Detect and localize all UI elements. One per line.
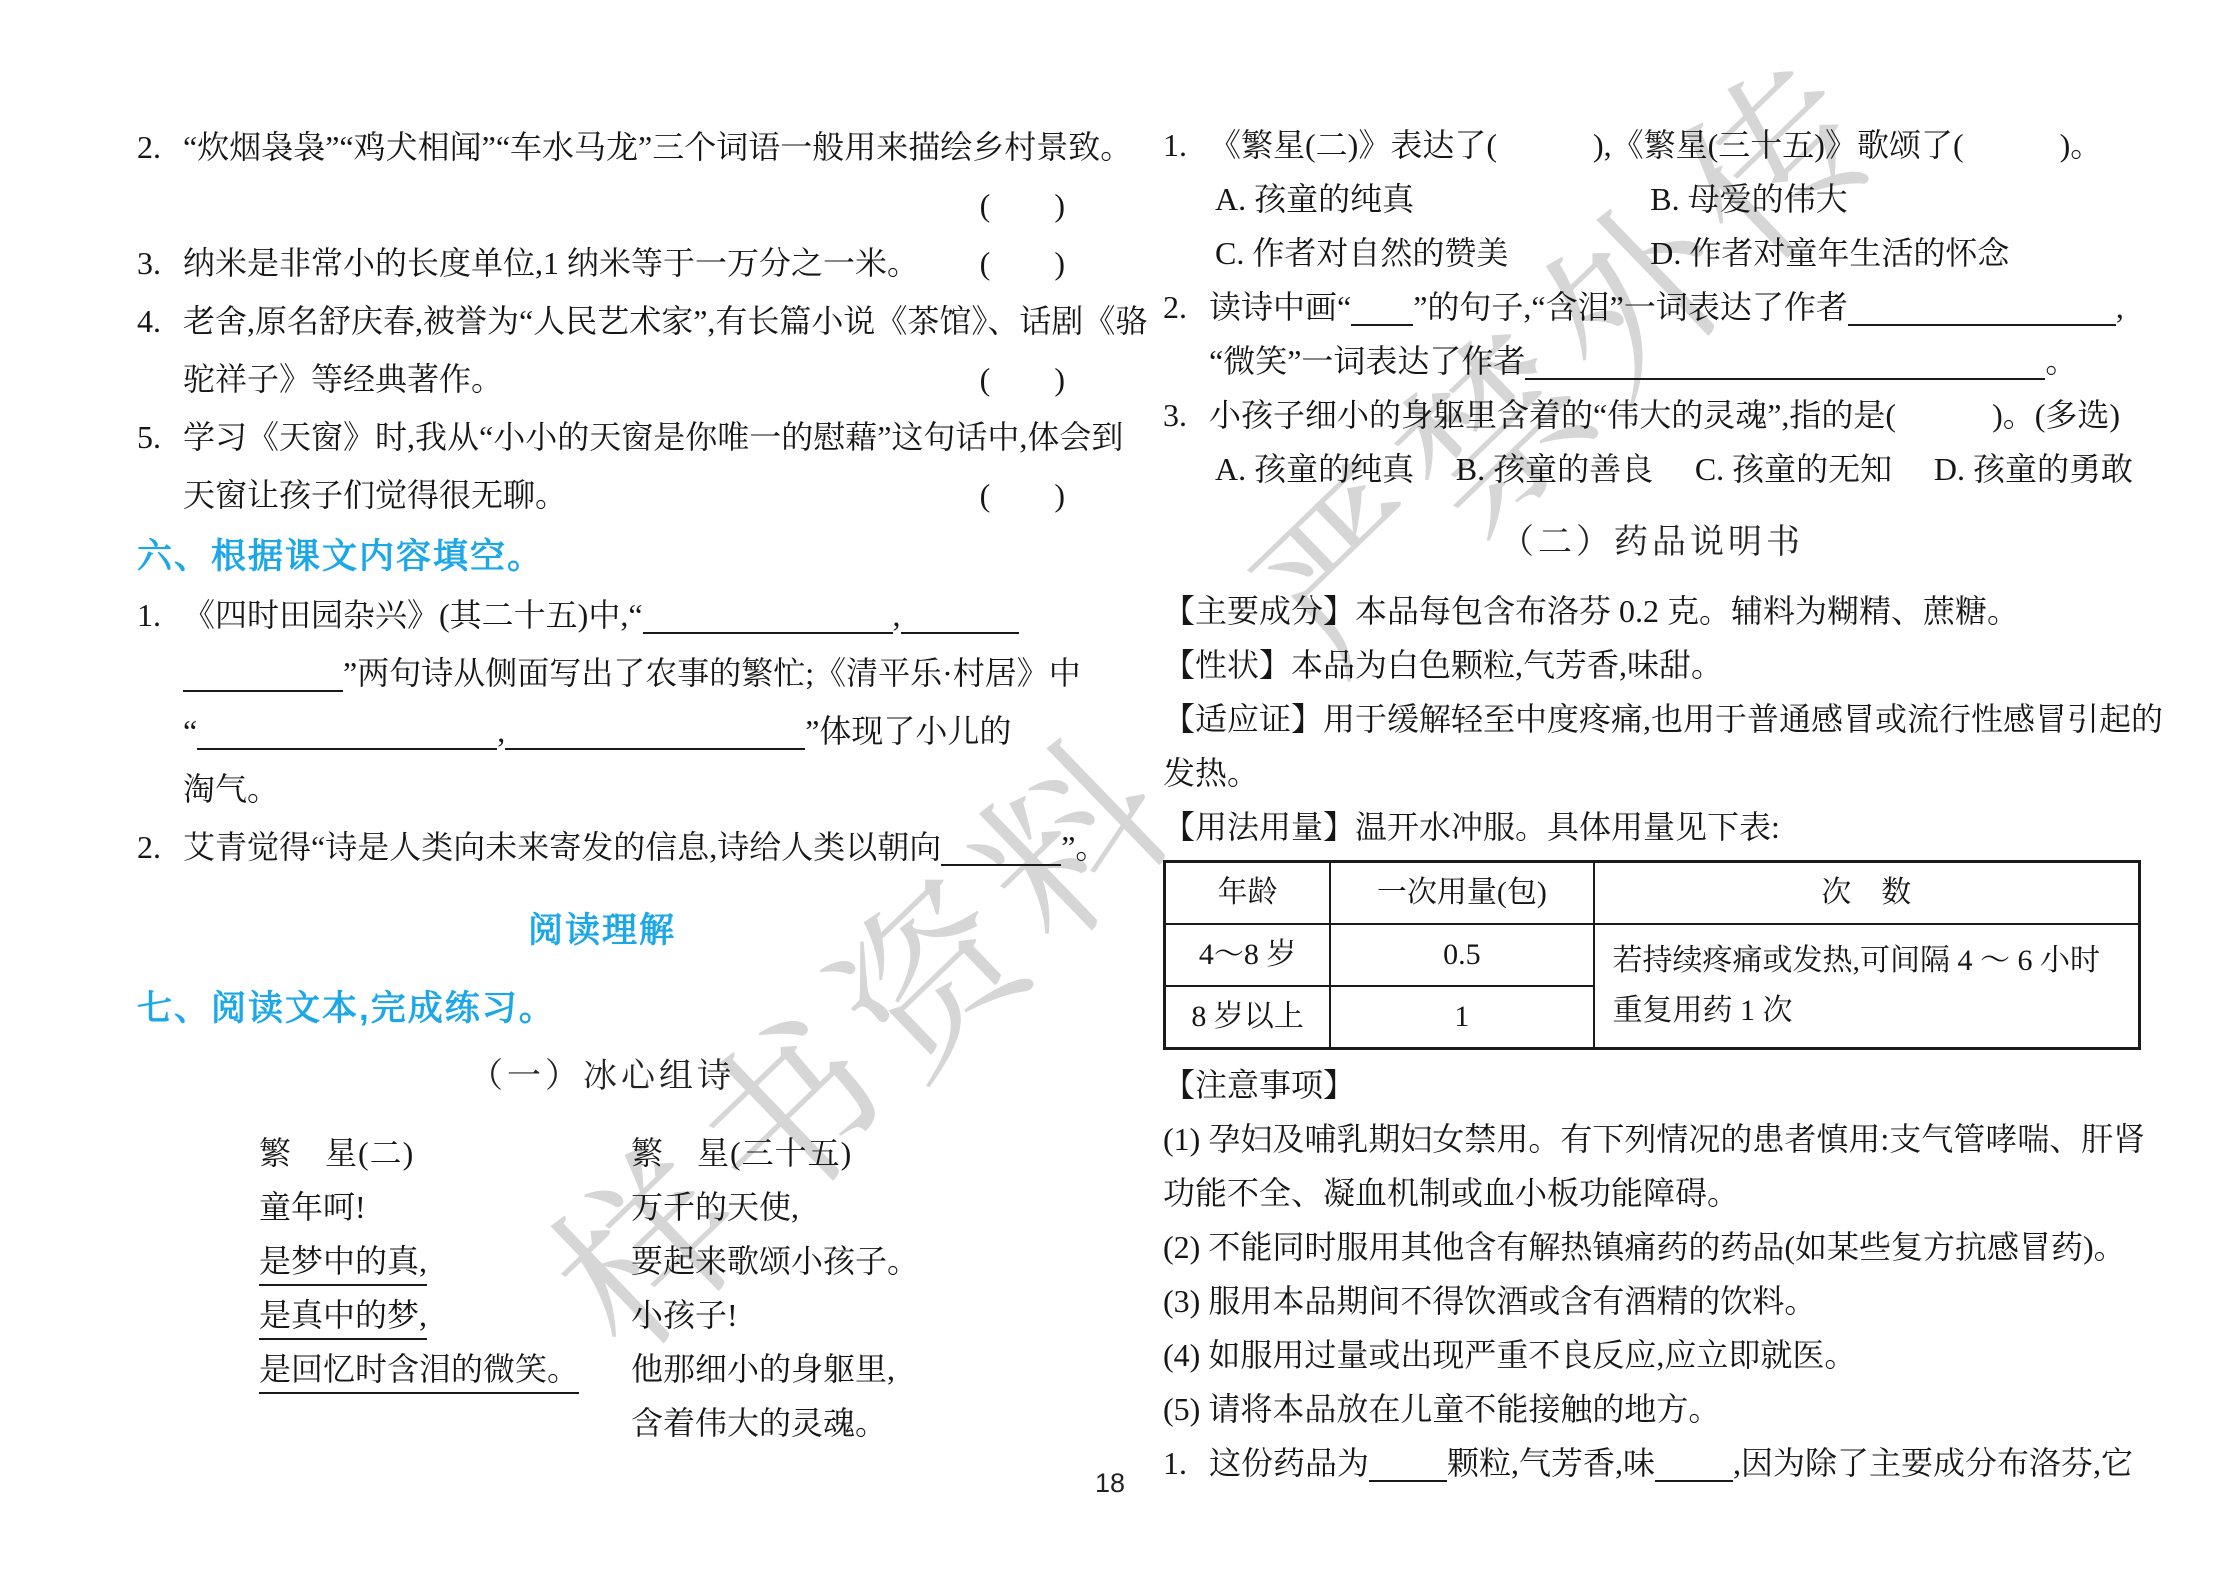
table-header-cell: 次 数	[1594, 862, 2140, 925]
text-run: 艾青觉得“诗是人类向未来寄发的信息,诗给人类以朝向	[183, 829, 941, 865]
question-number: 3.	[1163, 388, 1209, 442]
poem-line-text: 小孩子!	[631, 1297, 738, 1333]
question-number: 5.	[137, 408, 183, 466]
info-paragraph: 【注意事项】	[1163, 1058, 2141, 1112]
option-item: B. 孩童的善良	[1456, 442, 1653, 496]
info-paragraph: (5) 请将本品放在儿童不能接触的地方。	[1163, 1382, 2141, 1436]
option-item: C. 孩童的无知	[1695, 442, 1892, 496]
question-text: 学习《天窗》时,我从“小小的天窗是你唯一的慰藉”这句话中,体会到	[183, 408, 1067, 466]
text-run: 淘气。	[183, 771, 279, 807]
poem-line-text: 是梦中的真,	[259, 1243, 427, 1286]
text-run: ,	[893, 597, 901, 633]
text-run: “	[183, 713, 197, 749]
text-run: (3) 服用本品期间不得饮酒或含有酒精的饮料。	[1163, 1283, 1816, 1319]
text-run: ”。	[1061, 829, 1107, 865]
question-text: 纳米是非常小的长度单位,1 纳米等于一万分之一米。	[183, 234, 919, 292]
question-text: 小孩子细小的身躯里含着的“伟大的灵魂”,指的是( )。(多选)	[1209, 388, 2120, 442]
text-run: 【用法用量】温开水冲服。具体用量见下表:	[1163, 809, 1780, 845]
text-run: 小孩子细小的身躯里含着的“伟大的灵魂”,指的是( )。(多选)	[1209, 397, 2120, 433]
question-text: 淘气。	[183, 760, 279, 818]
question-text: 读诗中画“”的句子,“含泪”一词表达了作者,	[1209, 280, 2124, 334]
text-run: ”两句诗从侧面写出了农事的繁忙;《清平乐·村居》中	[343, 655, 1081, 691]
question-number: 4.	[137, 292, 183, 350]
answer-bracket-line: ( )	[137, 176, 1067, 234]
text-run: 老舍,原名舒庆春,被誉为“人民艺术家”,有长篇小说《茶馆》、话剧《骆	[183, 303, 1147, 339]
question-text: 《繁星(二)》表达了( ),《繁星(三十五)》歌颂了( )。	[1209, 118, 2102, 172]
poem-title: 繁 星(三十五)	[631, 1126, 919, 1180]
option-item: A. 孩童的纯真	[1215, 172, 1650, 226]
left-column: 2.“炊烟袅袅”“鸡犬相闻”“车水马龙”三个词语一般用来描绘乡村景致。( )3.…	[137, 118, 1067, 1450]
text-run: (5) 请将本品放在儿童不能接触的地方。	[1163, 1391, 1720, 1427]
text-run: 驼祥子》等经典著作。	[183, 361, 503, 397]
poem-line: 是梦中的真,	[259, 1234, 631, 1288]
question-continuation-line: 淘气。	[137, 760, 1067, 818]
text-run: ,	[2116, 289, 2124, 325]
poem-line: 是真中的梦,	[259, 1288, 631, 1342]
info-paragraph: 发热。	[1163, 746, 2141, 800]
info-paragraph: 【适应证】用于缓解轻至中度疼痛,也用于普通感冒或流行性感冒引起的	[1163, 692, 2141, 746]
info-paragraph: 功能不全、凝血机制或血小板功能障碍。	[1163, 1166, 2141, 1220]
poem-line-text: 童年呵!	[259, 1189, 366, 1225]
blank-underline	[901, 598, 1019, 634]
question-text: ”两句诗从侧面写出了农事的繁忙;《清平乐·村居》中	[183, 644, 1067, 702]
question-line: 1.《四时田园杂兴》(其二十五)中,“,	[137, 586, 1067, 644]
blank-underline	[197, 714, 497, 750]
text-run: (2) 不能同时服用其他含有解热镇痛药的药品(如某些复方抗感冒药)。	[1163, 1229, 2126, 1265]
question-text: 《四时田园杂兴》(其二十五)中,“,	[183, 586, 1019, 644]
question-line: 3.小孩子细小的身躯里含着的“伟大的灵魂”,指的是( )。(多选)	[1163, 388, 2141, 442]
text-run: (4) 如服用过量或出现严重不良反应,应立即就医。	[1163, 1337, 1856, 1373]
poem-line: 万千的天使,	[631, 1180, 919, 1234]
question-line: 2.艾青觉得“诗是人类向未来寄发的信息,诗给人类以朝向”。	[137, 818, 1067, 876]
table-cell: 8 岁以上	[1165, 986, 1331, 1049]
passage-title: （一）冰心组诗	[137, 1048, 1067, 1104]
question-continuation-line: “,”体现了小儿的	[137, 702, 1067, 760]
answer-bracket: ( )	[980, 234, 1067, 292]
poem-line: 是回忆时含泪的微笑。	[259, 1342, 631, 1396]
question-continuation-line: 驼祥子》等经典著作。( )	[137, 350, 1067, 408]
text-run: 【适应证】用于缓解轻至中度疼痛,也用于普通感冒或流行性感冒引起的	[1163, 701, 2163, 737]
table-header-cell: 一次用量(包)	[1330, 862, 1593, 925]
poem-line: 含着伟大的灵魂。	[631, 1396, 919, 1450]
table-header-row: 年龄一次用量(包)次 数	[1165, 862, 2140, 925]
question-continuation-line: ”两句诗从侧面写出了农事的繁忙;《清平乐·村居》中	[137, 644, 1067, 702]
info-paragraph: 【主要成分】本品每包含布洛芬 0.2 克。辅料为糊精、蔗糖。	[1163, 584, 2141, 638]
text-run: 读诗中画“	[1209, 289, 1351, 325]
page-number: 18	[0, 1468, 2220, 1499]
table-header-cell: 年龄	[1165, 862, 1331, 925]
blank-underline	[643, 598, 893, 634]
answer-bracket: ( )	[980, 466, 1067, 524]
text-run: 学习《天窗》时,我从“小小的天窗是你唯一的慰藉”这句话中,体会到	[183, 419, 1123, 455]
blank-underline	[183, 656, 343, 692]
blank-underline	[1525, 344, 2045, 380]
dosage-table: 年龄一次用量(包)次 数4～8 岁0.5若持续疼痛或发热,可间隔 4 ～ 6 小…	[1163, 860, 2141, 1050]
poem: 繁 星(二)童年呵!是梦中的真,是真中的梦,是回忆时含泪的微笑。	[259, 1126, 631, 1450]
poem-line-text: 含着伟大的灵魂。	[631, 1405, 887, 1441]
table-row: 4～8 岁0.5若持续疼痛或发热,可间隔 4 ～ 6 小时重复用药 1 次	[1165, 924, 2140, 986]
text-run: 功能不全、凝血机制或血小板功能障碍。	[1163, 1175, 1739, 1211]
question-text: 天窗让孩子们觉得很无聊。	[183, 466, 567, 524]
table-cell: 4～8 岁	[1165, 924, 1331, 986]
option-item: D. 孩童的勇敢	[1934, 442, 2133, 496]
question-text: 艾青觉得“诗是人类向未来寄发的信息,诗给人类以朝向”。	[183, 818, 1067, 876]
blank-underline	[941, 830, 1061, 866]
info-paragraph: 【性状】本品为白色颗粒,气芳香,味甜。	[1163, 638, 2141, 692]
question-text: “,”体现了小儿的	[183, 702, 1011, 760]
text-run: ”的句子,“含泪”一词表达了作者	[1413, 289, 1848, 325]
info-paragraph: (2) 不能同时服用其他含有解热镇痛药的药品(如某些复方抗感冒药)。	[1163, 1220, 2141, 1274]
answer-bracket: ( )	[980, 176, 1067, 234]
poem-line-text: 是回忆时含泪的微笑。	[259, 1351, 579, 1394]
info-paragraph: 【用法用量】温开水冲服。具体用量见下表:	[1163, 800, 2141, 854]
workbook-page: { "colors": { "accent": "#1ba7e8", "ink"…	[0, 0, 2220, 1571]
question-text: 驼祥子》等经典著作。	[183, 350, 503, 408]
question-number: 2.	[137, 818, 183, 876]
text-run: ”体现了小儿的	[805, 713, 1011, 749]
text-run: 纳米是非常小的长度单位,1 纳米等于一万分之一米。	[183, 245, 919, 281]
poem-line-text: 要起来歌颂小孩子。	[631, 1243, 919, 1279]
question-number: 2.	[137, 118, 183, 176]
right-column: 1.《繁星(二)》表达了( ),《繁星(三十五)》歌颂了( )。A. 孩童的纯真…	[1163, 118, 2141, 1490]
question-continuation-line: “微笑”一词表达了作者。	[1163, 334, 2141, 388]
blank-underline	[1848, 290, 2116, 326]
options-row: A. 孩童的纯真B. 孩童的善良C. 孩童的无知D. 孩童的勇敢	[1163, 442, 2141, 496]
question-number: 2.	[1163, 280, 1209, 334]
poem-line: 他那细小的身躯里,	[631, 1342, 919, 1396]
poem-line: 小孩子!	[631, 1288, 919, 1342]
table-cell: 1	[1330, 986, 1593, 1049]
question-line: 2.“炊烟袅袅”“鸡犬相闻”“车水马龙”三个词语一般用来描绘乡村景致。	[137, 118, 1067, 176]
poems-block: 繁 星(二)童年呵!是梦中的真,是真中的梦,是回忆时含泪的微笑。繁 星(三十五)…	[137, 1126, 1067, 1450]
option-item: D. 作者对童年生活的怀念	[1650, 226, 2085, 280]
question-text: 老舍,原名舒庆春,被誉为“人民艺术家”,有长篇小说《茶馆》、话剧《骆	[183, 292, 1067, 350]
section-heading: 七、阅读文本,完成练习。	[137, 980, 1067, 1038]
text-run: 天窗让孩子们觉得很无聊。	[183, 477, 567, 513]
option-item: A. 孩童的纯真	[1215, 442, 1414, 496]
text-run: (1) 孕妇及哺乳期妇女禁用。有下列情况的患者慎用:支气管哮喘、肝肾	[1163, 1121, 2145, 1157]
answer-bracket: ( )	[980, 350, 1067, 408]
question-number: 3.	[137, 234, 183, 292]
passage-title: （二）药品说明书	[1163, 514, 2141, 570]
info-paragraph: (4) 如服用过量或出现严重不良反应,应立即就医。	[1163, 1328, 2141, 1382]
question-line: 5.学习《天窗》时,我从“小小的天窗是你唯一的慰藉”这句话中,体会到	[137, 408, 1067, 466]
text-run: “炊烟袅袅”“鸡犬相闻”“车水马龙”三个词语一般用来描绘乡村景致。	[183, 129, 1132, 165]
info-paragraph: (3) 服用本品期间不得饮酒或含有酒精的饮料。	[1163, 1274, 2141, 1328]
text-run: 《四时田园杂兴》(其二十五)中,“	[183, 597, 643, 633]
option-item: B. 母爱的伟大	[1650, 172, 2085, 226]
question-continuation-line: 天窗让孩子们觉得很无聊。( )	[137, 466, 1067, 524]
question-line: 2.读诗中画“”的句子,“含泪”一词表达了作者,	[1163, 280, 2141, 334]
text-run: 。	[2045, 343, 2077, 379]
blank-underline	[505, 714, 805, 750]
question-line: 4.老舍,原名舒庆春,被誉为“人民艺术家”,有长篇小说《茶馆》、话剧《骆	[137, 292, 1067, 350]
table-cell: 0.5	[1330, 924, 1593, 986]
poem-title: 繁 星(二)	[259, 1126, 631, 1180]
poem-line-text: 是真中的梦,	[259, 1297, 427, 1340]
poem-line-text: 他那细小的身躯里,	[631, 1351, 895, 1387]
text-run: 《繁星(二)》表达了( ),《繁星(三十五)》歌颂了( )。	[1209, 127, 2102, 163]
question-line: 1.《繁星(二)》表达了( ),《繁星(三十五)》歌颂了( )。	[1163, 118, 2141, 172]
question-number: 1.	[137, 586, 183, 644]
blank-underline	[1351, 290, 1413, 326]
question-text: “炊烟袅袅”“鸡犬相闻”“车水马龙”三个词语一般用来描绘乡村景致。	[183, 118, 1067, 176]
text-run: 【注意事项】	[1163, 1067, 1355, 1103]
info-paragraph: (1) 孕妇及哺乳期妇女禁用。有下列情况的患者慎用:支气管哮喘、肝肾	[1163, 1112, 2141, 1166]
question-line: 3.纳米是非常小的长度单位,1 纳米等于一万分之一米。( )	[137, 234, 1067, 292]
text-run: 【性状】本品为白色颗粒,气芳香,味甜。	[1163, 647, 1723, 683]
text-run: 【主要成分】本品每包含布洛芬 0.2 克。辅料为糊精、蔗糖。	[1163, 593, 2019, 629]
poem-line: 童年呵!	[259, 1180, 631, 1234]
text-run: ,	[497, 713, 505, 749]
options-row: C. 作者对自然的赞美D. 作者对童年生活的怀念	[1163, 226, 2141, 280]
table-merged-cell: 若持续疼痛或发热,可间隔 4 ～ 6 小时重复用药 1 次	[1594, 924, 2140, 1049]
poem-line: 要起来歌颂小孩子。	[631, 1234, 919, 1288]
poem-line-text: 万千的天使,	[631, 1189, 799, 1225]
question-text: “微笑”一词表达了作者。	[1209, 334, 2077, 388]
section-title: 阅读理解	[137, 902, 1067, 960]
section-heading: 六、根据课文内容填空。	[137, 528, 1067, 586]
option-item: C. 作者对自然的赞美	[1215, 226, 1650, 280]
options-row: A. 孩童的纯真B. 母爱的伟大	[1163, 172, 2141, 226]
question-number: 1.	[1163, 118, 1209, 172]
poem: 繁 星(三十五)万千的天使,要起来歌颂小孩子。小孩子!他那细小的身躯里,含着伟大…	[631, 1126, 919, 1450]
text-run: “微笑”一词表达了作者	[1209, 343, 1525, 379]
text-run: 发热。	[1163, 755, 1259, 791]
